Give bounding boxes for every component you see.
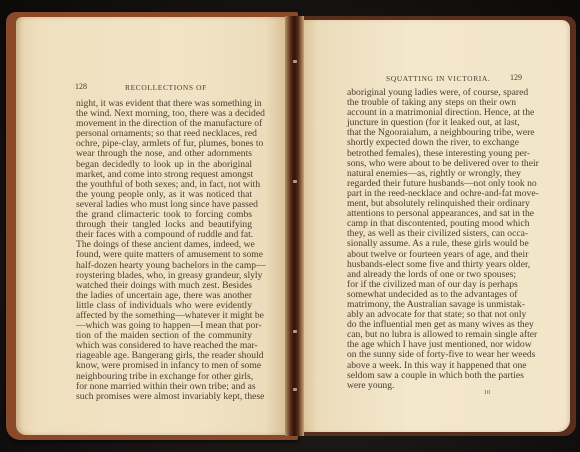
binding-stitch [293,180,297,183]
signature-mark: 10 [484,390,490,396]
binding-stitch [293,388,297,391]
book-spine-gutter [285,16,304,436]
running-head-left: RECOLLECTIONS OF [125,83,207,92]
left-page-text: night, it was evident that there was som… [76,99,252,402]
binding-stitch [293,330,297,333]
text-line: were young. [347,381,516,391]
text-line: sionally assume. As a rule, these girls … [347,239,516,249]
right-page: SQUATTING IN VICTORIA. 129 aboriginal yo… [302,20,570,432]
left-page: 128 RECOLLECTIONS OF night, it was evide… [16,17,287,435]
text-line: found, were quite matters of amusement t… [76,250,252,260]
right-page-text: aboriginal young ladies were, of course,… [347,88,516,391]
binding-stitch [293,60,297,63]
running-head-right: SQUATTING IN VICTORIA. [386,74,490,83]
page-number-right: 129 [510,73,522,82]
text-line: such promises were almost invariably kep… [76,392,252,402]
page-number-left: 128 [75,82,87,91]
